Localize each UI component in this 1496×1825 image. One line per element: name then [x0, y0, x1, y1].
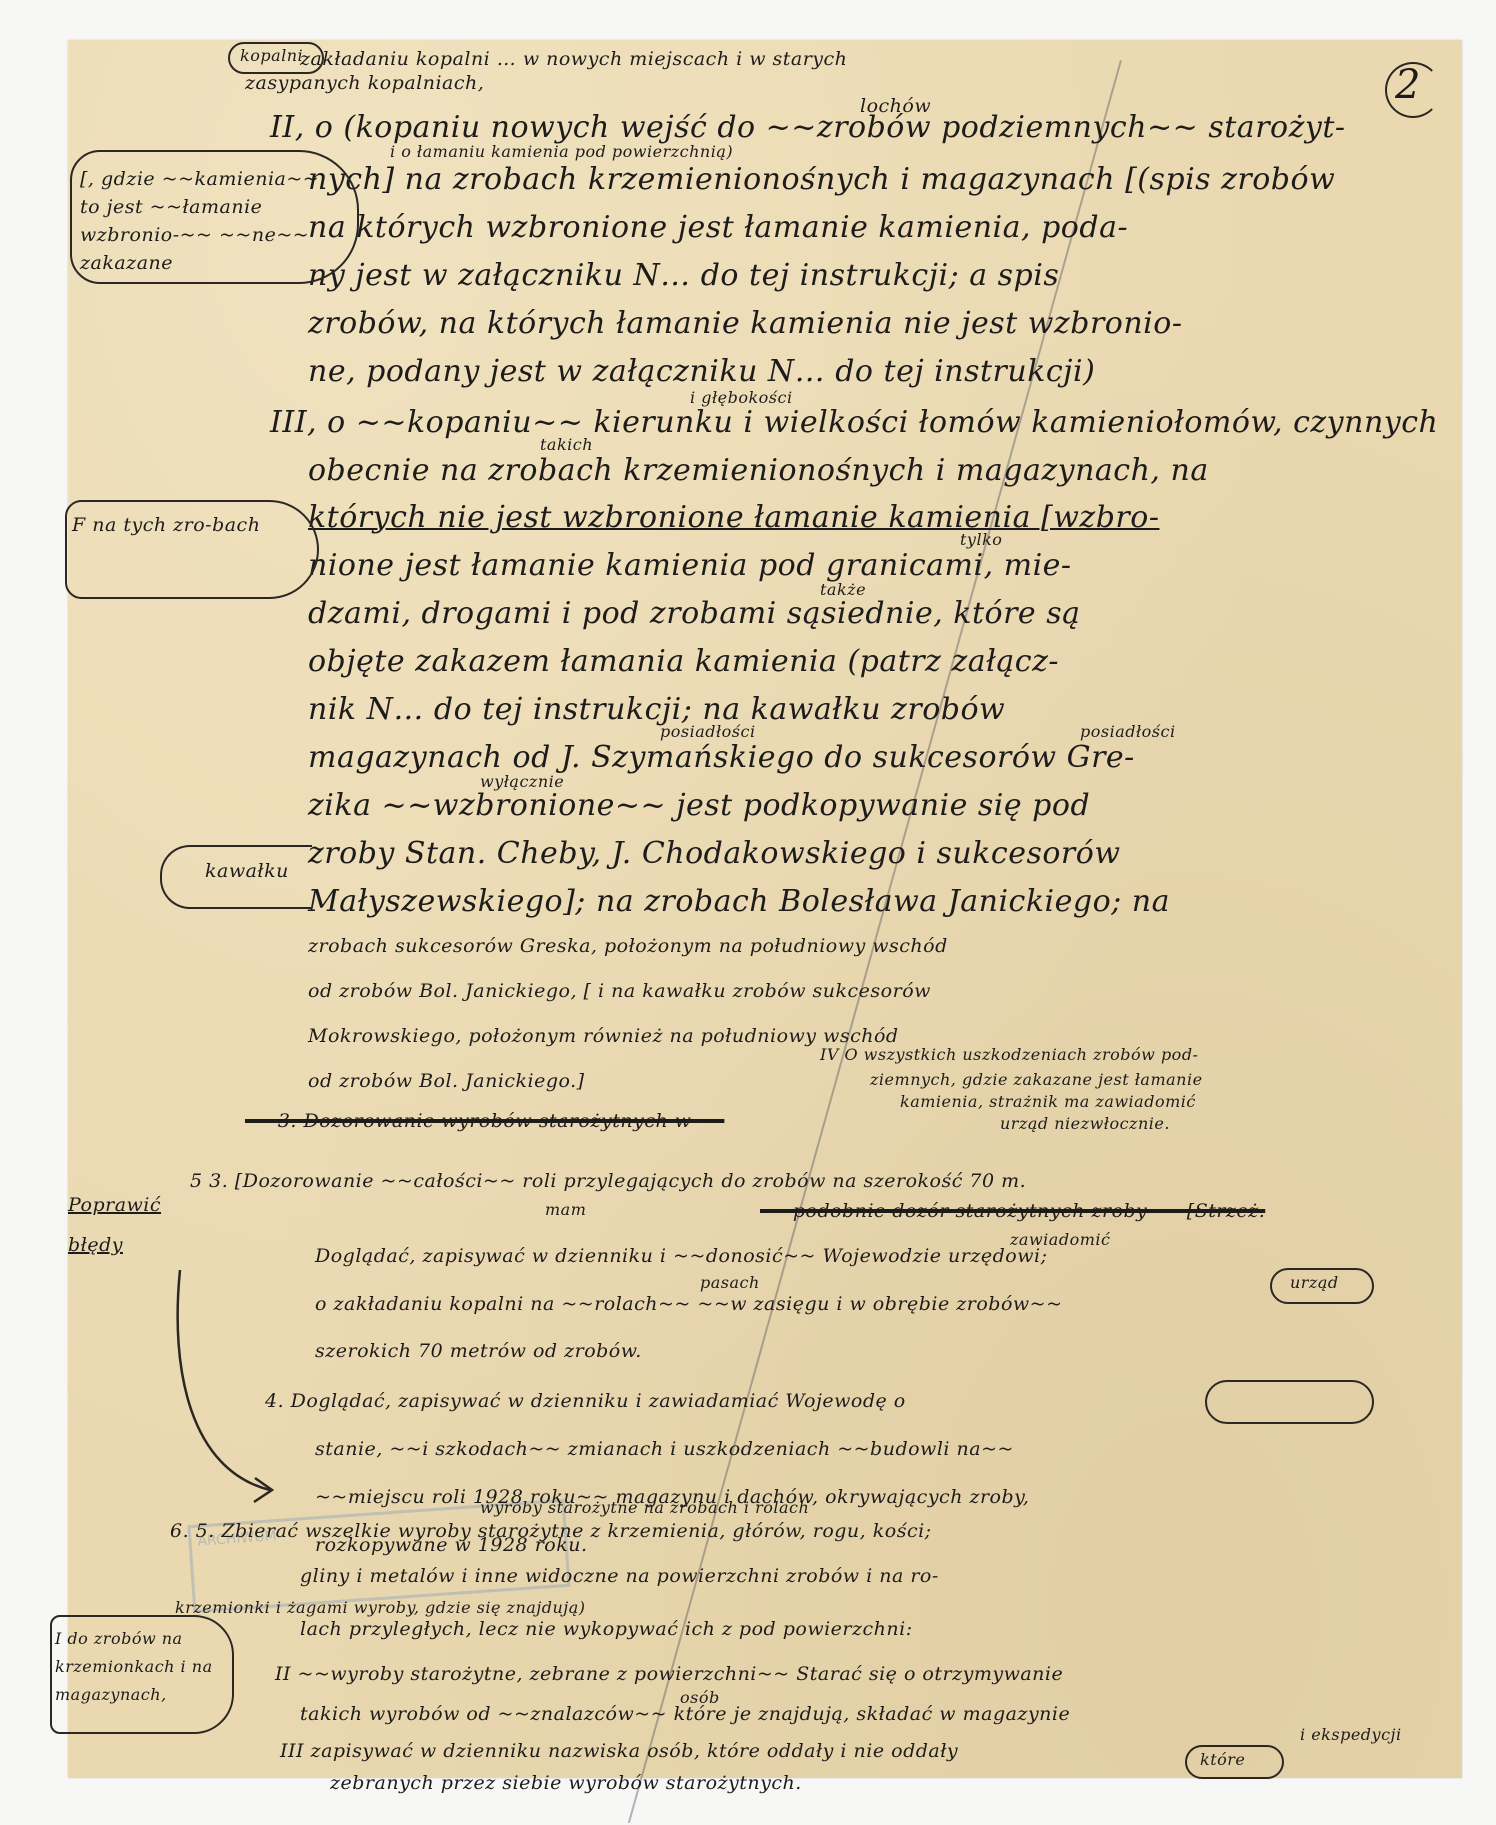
line-6: ne, podany jest w załączniku N… do tej i… [308, 354, 1095, 389]
line-section-5: 6. 5. Zbierać wszelkie wyroby starożytne… [170, 1520, 932, 1542]
line-40: III zapisywać w dzienniku nazwiska osób,… [280, 1740, 958, 1762]
line-27: ~~podobnie dozór starożytnych zroby~~ [S… [760, 1200, 1265, 1222]
insertion-wyroby-starozytne: wyroby starożytne na zrobach i rolach [480, 1498, 809, 1517]
line-16: zroby Stan. Cheby, J. Chodakowskiego i s… [308, 836, 1121, 871]
arrow-icon [150, 1270, 300, 1510]
line-section-4: 4. Doglądać, zapisywać w dzienniku i zaw… [265, 1390, 906, 1412]
circled-ktore: które [1200, 1750, 1245, 1769]
line-top-0b: zasypanych kopalniach, [245, 72, 484, 94]
line-15: zika ~~wzbronione~~ jest podkopywanie si… [308, 788, 1090, 823]
line-9: których nie jest wzbronione łamanie kami… [308, 500, 1159, 535]
insertion-pasach: pasach [700, 1273, 760, 1292]
margin-note-urzad: urząd [1290, 1273, 1339, 1292]
line-II: II, o (kopaniu nowych wejść do ~~zrobów … [270, 110, 1346, 145]
line-5: zrobów, na których łamanie kamienia nie … [308, 306, 1182, 341]
line-19: od zrobów Bol. Janickiego, [ i na kawałk… [308, 980, 931, 1002]
insertion-tylko: tylko [960, 530, 1002, 549]
insertion-krzemionki: krzemionki i żagami wyroby, gdzie się zn… [175, 1598, 586, 1617]
line-24: urząd niezwłocznie. [1000, 1114, 1170, 1133]
line-28: Doglądać, zapisywać w dzienniku i ~~dono… [315, 1245, 1047, 1267]
line-30: szerokich 70 metrów od zrobów. [315, 1340, 642, 1362]
line-top-0: zakładaniu kopalni … w nowych miejscach … [300, 48, 847, 70]
line-17: Małyszewskiego]; na zrobach Bolesława Ja… [308, 884, 1170, 919]
line-10: nione jest łamanie kamienia pod granicam… [308, 548, 1072, 583]
line-8: obecnie na zrobach krzemienionośnych i m… [308, 453, 1209, 488]
insertion-takich: takich [540, 435, 593, 454]
line-32: stanie, ~~i szkodach~~ zmianach i uszkod… [315, 1438, 1014, 1460]
margin-note-gdzie: [, gdzie ~~kamienia~~ to jest ~~łamanie … [80, 165, 340, 277]
margin-note-kawalku: kawałku [205, 860, 289, 882]
insertion-ekspedycji: i ekspedycji [1300, 1725, 1402, 1744]
line-18: zrobach sukcesorów Greska, położonym na … [308, 935, 948, 957]
insertion-IV: IV O wszystkich uszkodzeniach zrobów pod… [820, 1045, 1198, 1064]
line-20: Mokrowskiego, położonym również na połud… [308, 1025, 899, 1047]
line-39: takich wyrobów od ~~znalazców~~ które je… [300, 1703, 1070, 1725]
line-21: od zrobów Bol. Janickiego.] [308, 1070, 585, 1092]
insertion-posiadlosci-1: posiadłości [660, 722, 756, 741]
line-22: ziemnych, gdzie zakazane jest łamanie [870, 1070, 1203, 1089]
line-37: lach przyległych, lecz nie wykopywać ich… [300, 1618, 913, 1640]
margin-note-poprawic-bledy: Poprawić błędy [68, 1185, 178, 1265]
margin-note-kopalni: kopalni [240, 46, 303, 65]
insertion-posiadlosci-2: posiadłości [1080, 722, 1176, 741]
line-2: nych] na zrobach krzemienionośnych i mag… [308, 162, 1335, 197]
line-12: objęte zakazem łamania kamienia (patrz z… [308, 644, 1059, 679]
wojewoda-bubble [1205, 1380, 1374, 1424]
line-41: zebranych przez siebie wyrobów starożytn… [330, 1772, 802, 1794]
line-struck-3: ~~3. Dozorowanie wyrobów starożytnych w~… [245, 1110, 724, 1132]
line-13: nik N… do tej instrukcji; na kawałku zro… [308, 692, 1005, 727]
margin-note-do-zrobow: I do zrobów na krzemionkach i na magazyn… [55, 1625, 225, 1709]
margin-note-na-tych-zrobach: F na tych zro-bach [72, 510, 292, 540]
page-number-circle [1385, 62, 1441, 118]
line-III: III, o ~~kopaniu~~ kierunku i wielkości … [270, 405, 1438, 440]
line-4: ny jest w załączniku N… do tej instrukcj… [308, 258, 1059, 293]
line-36: gliny i metalów i inne widoczne na powie… [300, 1565, 939, 1587]
insertion-mam: mam [545, 1200, 586, 1219]
line-11: dzami, drogami i pod zrobami sąsiednie, … [308, 596, 1080, 631]
line-section-3: 5 3. [Dozorowanie ~~całości~~ roli przyl… [190, 1170, 1026, 1192]
line-3: na których wzbronione jest łamanie kamie… [308, 210, 1128, 245]
line-14: magazynach od J. Szymańskiego do sukceso… [308, 740, 1135, 775]
line-23: kamienia, strażnik ma zawiadomić [900, 1092, 1196, 1111]
line-29: o zakładaniu kopalni na ~~rolach~~ ~~w z… [315, 1293, 1063, 1315]
line-38: II ~~wyroby starożytne, zebrane z powier… [275, 1663, 1063, 1685]
